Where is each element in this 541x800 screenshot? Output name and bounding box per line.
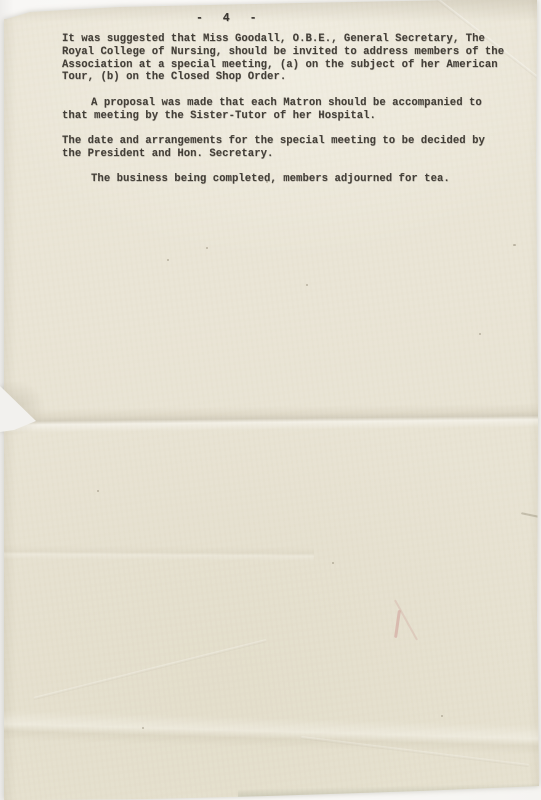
- text-line: It was suggested that Miss Goodall, O.B.…: [62, 33, 502, 46]
- paper-speck: [306, 284, 308, 286]
- faint-fold-crease: [0, 545, 314, 561]
- text-line: that meeting by the Sister-Tutor of her …: [62, 110, 502, 123]
- text-line: Royal College of Nursing, should be invi…: [62, 46, 502, 59]
- paper-speck: [167, 259, 169, 261]
- paper-speck: [97, 490, 99, 492]
- page-number: - 4 -: [196, 12, 259, 25]
- text-line: The date and arrangements for the specia…: [62, 135, 502, 148]
- paper-speck: [513, 244, 516, 246]
- text-line: Association at a special meeting, (a) on…: [62, 59, 502, 72]
- text-line: Tour, (b) on the Closed Shop Order.: [62, 71, 502, 84]
- text-line: The business being completed, members ad…: [62, 173, 502, 186]
- paper-speck: [479, 333, 481, 335]
- paper-speck: [206, 247, 208, 249]
- scanned-document: - 4 - It was suggested that Miss Goodall…: [0, 0, 541, 800]
- paper-speck: [441, 715, 443, 717]
- paragraph-arrangements: The date and arrangements for the specia…: [62, 135, 502, 161]
- typewritten-body: It was suggested that Miss Goodall, O.B.…: [62, 33, 502, 199]
- text-line: the President and Hon. Secretary.: [62, 148, 502, 161]
- paragraph-proposal: A proposal was made that each Matron sho…: [62, 97, 502, 123]
- document-page: - 4 - It was suggested that Miss Goodall…: [0, 0, 541, 800]
- paper-speck: [332, 562, 334, 564]
- paragraph-suggestion: It was suggested that Miss Goodall, O.B.…: [62, 33, 502, 84]
- paper-speck: [142, 727, 144, 729]
- paragraph-adjournment: The business being completed, members ad…: [62, 173, 502, 186]
- right-edge-shadow: [529, 0, 541, 800]
- text-line: A proposal was made that each Matron sho…: [62, 97, 502, 110]
- top-edge-shadow: [0, 0, 541, 26]
